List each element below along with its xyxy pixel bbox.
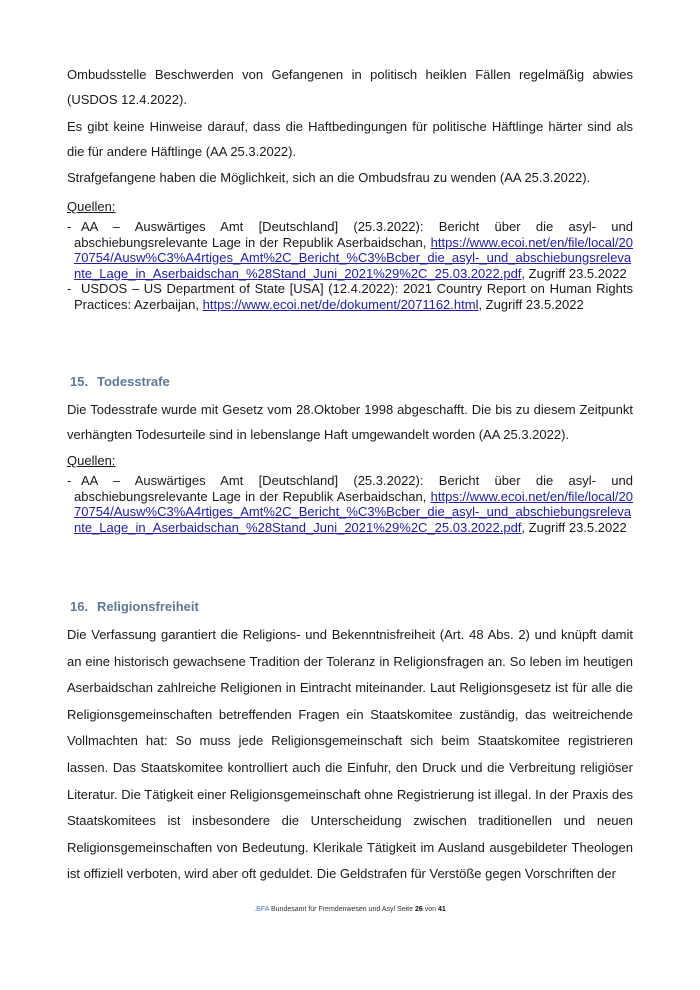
source-access-date: , Zugriff 23.5.2022 xyxy=(478,297,583,312)
sources-label: Quellen: xyxy=(67,452,633,470)
section-heading-religionsfreiheit: 16.Religionsfreiheit xyxy=(67,599,633,614)
footer-page-sep: von xyxy=(425,906,436,913)
sources-list: -AA – Auswärtiges Amt [Deutschland] (25.… xyxy=(67,219,633,312)
footer-page-total: 41 xyxy=(438,906,446,913)
sources-label: Quellen: xyxy=(67,198,633,216)
source-link[interactable]: https://www.ecoi.net/de/dokument/2071162… xyxy=(203,297,479,312)
footer-page-current: 26 xyxy=(415,906,423,913)
paragraph-religionsfreiheit: Die Verfassung garantiert die Religions-… xyxy=(67,622,633,888)
source-item: -USDOS – US Department of State [USA] (1… xyxy=(67,281,633,312)
paragraph-ombudsstelle: Ombudsstelle Beschwerden von Gefangenen … xyxy=(67,62,633,112)
footer-page-label: Seite xyxy=(397,906,413,913)
list-dash: - xyxy=(67,473,81,489)
section-number: 16. xyxy=(67,599,97,614)
page-footer: .BFA Bundesamt für Fremdenwesen und Asyl… xyxy=(0,906,700,913)
section-title: Todesstrafe xyxy=(97,374,170,389)
list-dash: - xyxy=(67,219,81,235)
paragraph-strafgefangene: Strafgefangene haben die Möglichkeit, si… xyxy=(67,165,633,190)
section-number: 15. xyxy=(67,374,97,389)
source-access-date: , Zugriff 23.5.2022 xyxy=(521,266,626,281)
list-dash: - xyxy=(67,281,81,297)
source-access-date: , Zugriff 23.5.2022 xyxy=(521,520,626,535)
footer-org: Bundesamt für Fremdenwesen und Asyl xyxy=(271,906,395,913)
section-heading-todesstrafe: 15.Todesstrafe xyxy=(67,374,633,389)
section-title: Religionsfreiheit xyxy=(97,599,199,614)
source-item: -AA – Auswärtiges Amt [Deutschland] (25.… xyxy=(67,473,633,535)
paragraph-haftbedingungen: Es gibt keine Hinweise darauf, dass die … xyxy=(67,114,633,164)
bfa-logo: .BFA xyxy=(254,906,269,913)
source-item: -AA – Auswärtiges Amt [Deutschland] (25.… xyxy=(67,219,633,281)
paragraph-todesstrafe: Die Todesstrafe wurde mit Gesetz vom 28.… xyxy=(67,397,633,447)
sources-list: -AA – Auswärtiges Amt [Deutschland] (25.… xyxy=(67,473,633,535)
